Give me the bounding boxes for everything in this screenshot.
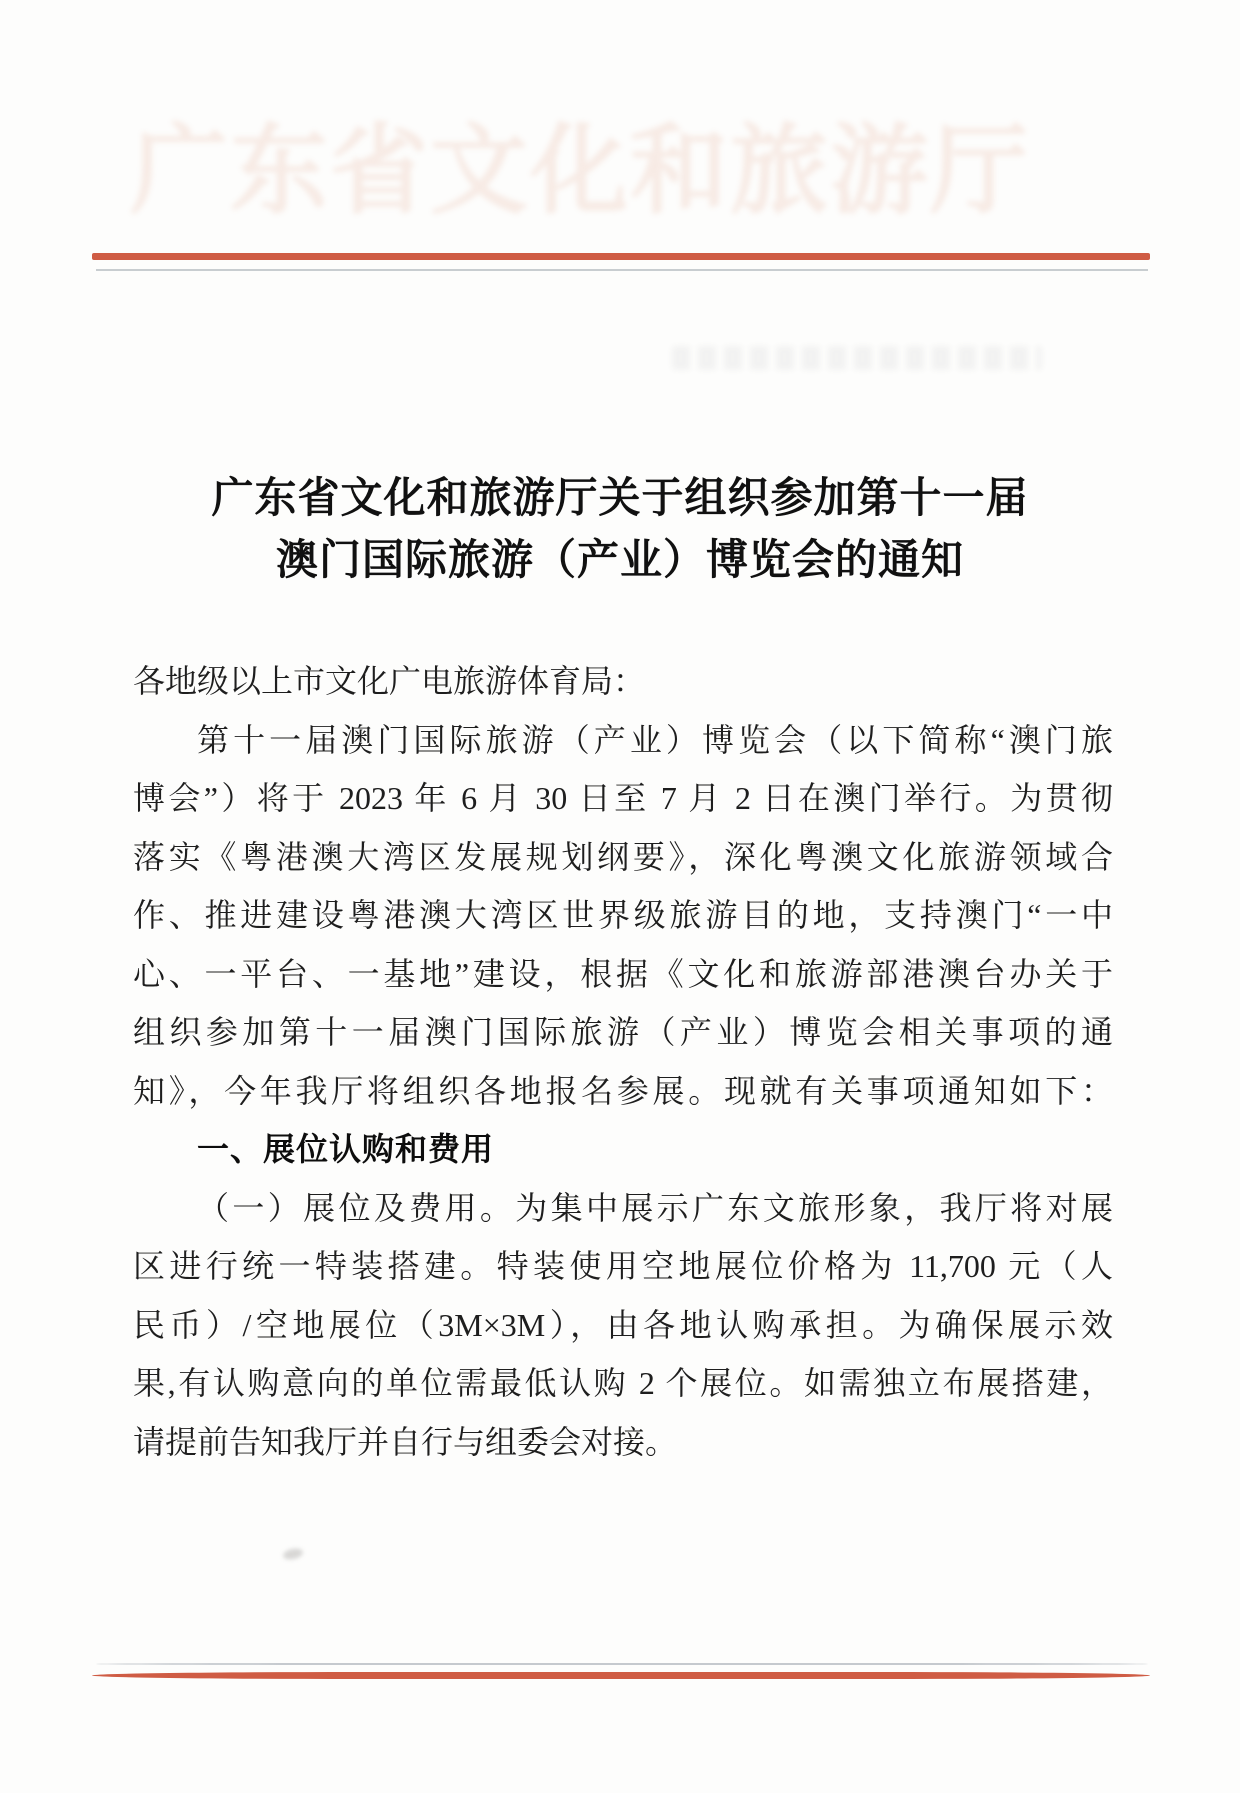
paragraph-2-line: 民币）/空地展位（3M×3M），由各地认购承担。为确保展示效 bbox=[133, 1296, 1113, 1355]
paragraph-1-line: 知》，今年我厅将组织各地报名参展。现就有关事项通知如下： bbox=[133, 1062, 1113, 1121]
paragraph-1-line: 作、推进建设粤港澳大湾区世界级旅游目的地，支持澳门“一中 bbox=[133, 886, 1113, 945]
bottom-red-rule bbox=[92, 1672, 1150, 1679]
notice-title-line-1: 广东省文化和旅游厅关于组织参加第十一届 bbox=[70, 468, 1170, 530]
paragraph-2-line: （一）展位及费用。为集中展示广东文旅形象，我厅将对展 bbox=[133, 1179, 1113, 1238]
notice-title-line-2: 澳门国际旅游（产业）博览会的通知 bbox=[70, 530, 1170, 592]
paragraph-1-line: 博会”）将于 2023 年 6 月 30 日至 7 月 2 日在澳门举行。为贯彻 bbox=[133, 769, 1113, 828]
scanned-notice-page: 广东省文化和旅游厅 广东省文化和旅游厅关于组织参加第十一届 澳门国际旅游（产业）… bbox=[0, 0, 1240, 1793]
notice-body: 各地级以上市文化广电旅游体育局： 第十一届澳门国际旅游（产业）博览会（以下简称“… bbox=[133, 652, 1113, 1471]
paragraph-2-line: 区进行统一特装搭建。特装使用空地展位价格为 11,700 元（人 bbox=[133, 1237, 1113, 1296]
salutation: 各地级以上市文化广电旅游体育局： bbox=[133, 652, 1113, 711]
notice-title: 广东省文化和旅游厅关于组织参加第十一届 澳门国际旅游（产业）博览会的通知 bbox=[70, 468, 1170, 592]
paragraph-1-line: 第十一届澳门国际旅游（产业）博览会（以下简称“澳门旅 bbox=[133, 711, 1113, 770]
paragraph-2-line: 果,有认购意向的单位需最低认购 2 个展位。如需独立布展搭建， bbox=[133, 1354, 1113, 1413]
agency-letterhead: 广东省文化和旅游厅 bbox=[130, 92, 1010, 222]
paragraph-1-line: 心、一平台、一基地”建设，根据《文化和旅游部港澳台办关于 bbox=[133, 945, 1113, 1004]
top-red-rule bbox=[92, 253, 1150, 260]
faint-document-number-smudge bbox=[672, 346, 1042, 370]
paragraph-1-line: 组织参加第十一届澳门国际旅游（产业）博览会相关事项的通 bbox=[133, 1003, 1113, 1062]
scan-artifact-speck bbox=[282, 1547, 304, 1561]
bottom-gray-rule bbox=[96, 1663, 1148, 1665]
paragraph-2-line: 请提前告知我厅并自行与组委会对接。 bbox=[133, 1413, 1113, 1472]
section-heading-booth-purchase: 一、展位认购和费用 bbox=[133, 1120, 1113, 1179]
top-gray-rule bbox=[96, 269, 1148, 271]
paragraph-1-line: 落实《粤港澳大湾区发展规划纲要》，深化粤澳文化旅游领域合 bbox=[133, 828, 1113, 887]
